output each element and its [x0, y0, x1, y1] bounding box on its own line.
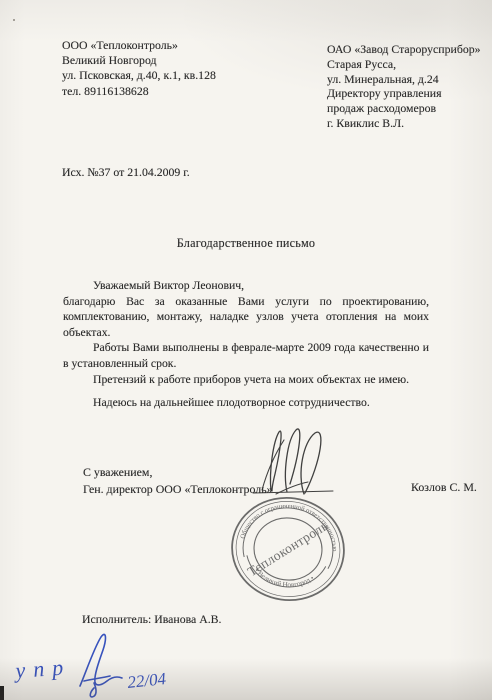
- sender-company: ООО «Теплоконтроль»: [62, 38, 216, 53]
- recipient-company: ОАО «Завод Старорусприбор»: [327, 42, 481, 57]
- recipient-person: г. Квиклис В.Л.: [327, 116, 481, 131]
- body-paragraph-4: Надеюсь на дальнейшее плодотворное сотру…: [63, 395, 429, 411]
- handwritten-date: 22/04: [126, 669, 167, 692]
- letter-body: Уважаемый Виктор Леонович, благодарю Вас…: [63, 278, 429, 411]
- signer-name: Козлов С. М.: [411, 480, 477, 495]
- recipient-street: ул. Минеральная, д.24: [327, 72, 481, 87]
- sender-street: ул. Псковская, д.40, к.1, кв.128: [62, 68, 216, 83]
- body-paragraph-3: Претензий к работе приборов учета на мои…: [63, 372, 429, 388]
- paper-speck: [13, 19, 15, 21]
- sender-address-block: ООО «Теплоконтроль» Великий Новгород ул.…: [62, 38, 216, 99]
- handwritten-annotations: упр 22/04: [6, 626, 216, 700]
- outgoing-reference-line: Исх. №37 от 21.04.2009 г.: [62, 165, 190, 180]
- recipient-position-line2: продаж расходомеров: [327, 101, 481, 116]
- recipient-city: Старая Русса,: [327, 57, 481, 72]
- handwritten-mark: упр: [13, 654, 72, 683]
- scan-edge-mark: [0, 686, 4, 700]
- scanned-letter-page: ООО «Теплоконтроль» Великий Новгород ул.…: [0, 0, 492, 700]
- recipient-address-block: ОАО «Завод Старорусприбор» Старая Русса,…: [327, 42, 481, 131]
- handwritten-flourish: [80, 634, 122, 697]
- stamp-center-text: Теплоконтроль: [245, 518, 331, 579]
- company-round-stamp: Общество с ограниченной ответственностью…: [222, 489, 356, 615]
- executor-line: Исполнитель: Иванова А.В.: [82, 612, 221, 627]
- letter-title: Благодарственное письмо: [0, 236, 492, 251]
- body-paragraph-2: Работы Вами выполнены в феврале-марте 20…: [63, 340, 429, 371]
- salutation-line: Уважаемый Виктор Леонович,: [63, 278, 429, 294]
- sender-city: Великий Новгород: [62, 53, 216, 68]
- recipient-position-line1: Директору управления: [327, 86, 481, 101]
- body-paragraph-1: благодарю Вас за оказанные Вами услуги п…: [63, 294, 429, 341]
- sender-phone: тел. 89116138628: [62, 84, 216, 99]
